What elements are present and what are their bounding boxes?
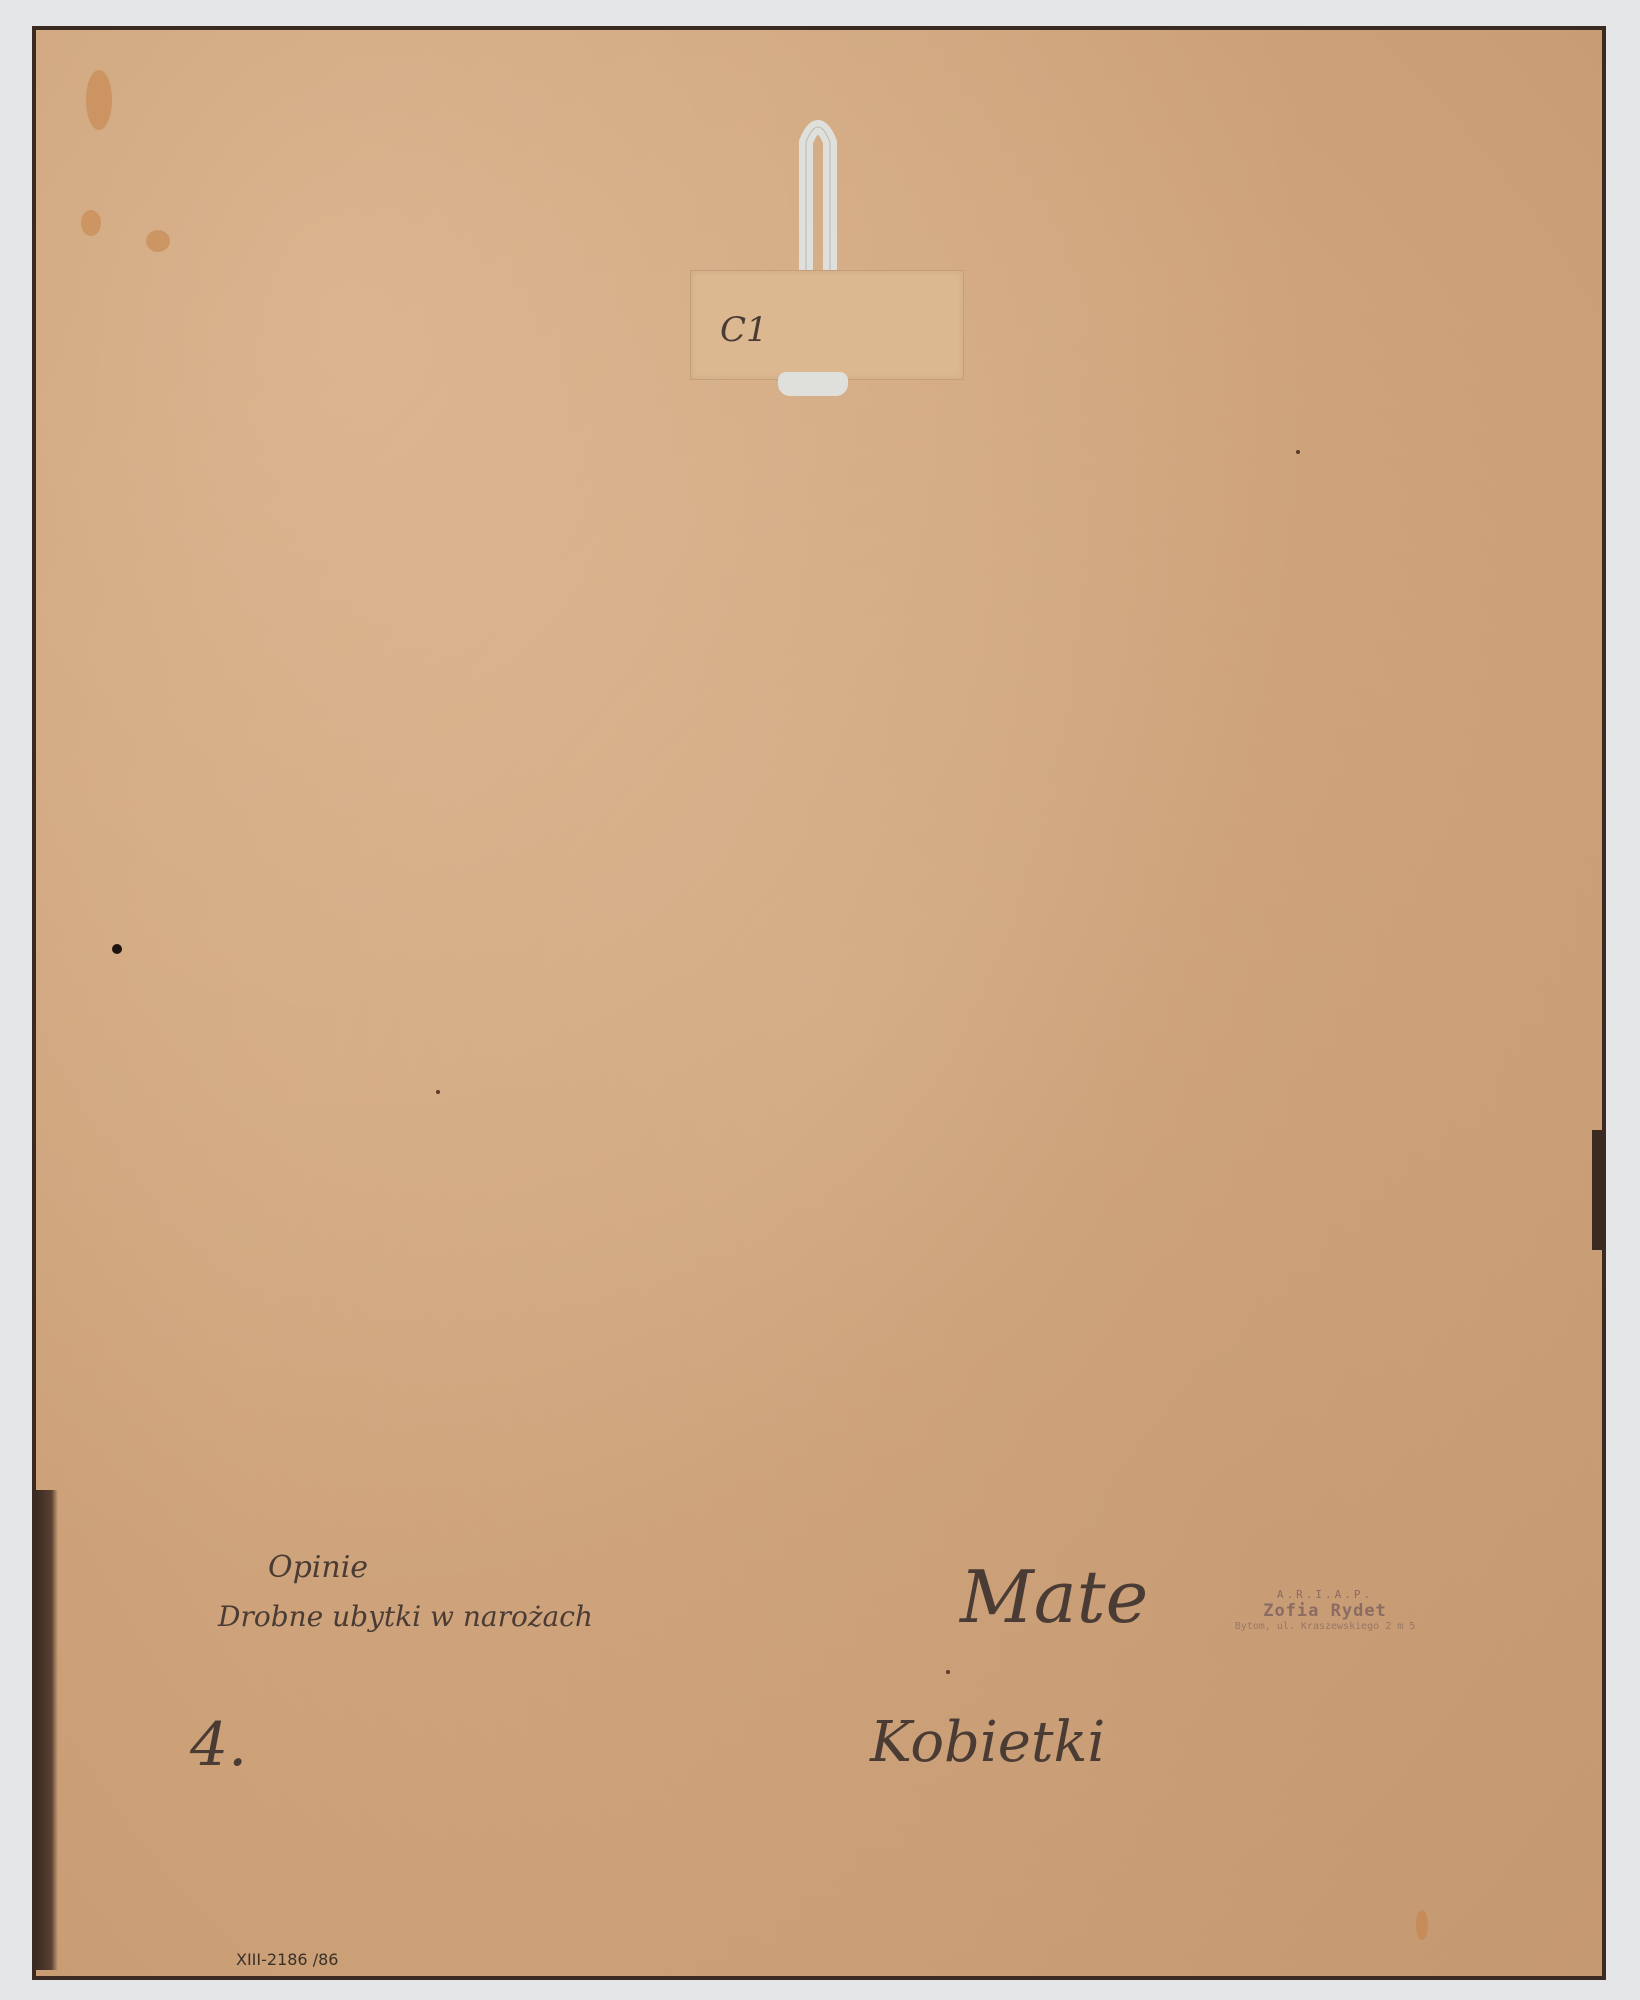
- ribbon-hanger-icon: [790, 112, 846, 282]
- condition-heading: Opinie: [268, 1550, 368, 1585]
- stain: [86, 70, 112, 130]
- title-mate: Mate: [960, 1555, 1148, 1639]
- nail-hole: [112, 944, 122, 954]
- accession-number: XIII-2186 /86: [236, 1950, 338, 1969]
- stain: [146, 230, 170, 252]
- edge-wear-left: [36, 1490, 58, 1970]
- title-kobietki: Kobietki: [870, 1710, 1105, 1775]
- speck: [436, 1090, 440, 1094]
- stamp-line-3: Bytom, ul. Kraszewskiego 2 m 5: [1210, 1621, 1440, 1632]
- stamp-line-2: Zofia Rydet: [1210, 1601, 1440, 1621]
- speck: [946, 1670, 950, 1674]
- condition-text: Drobne ubytki w narożach: [218, 1600, 593, 1633]
- edge-wear-right: [1592, 1130, 1602, 1250]
- speck: [1296, 450, 1300, 454]
- tape-label: C1: [720, 310, 768, 350]
- ribbon-end: [778, 372, 848, 396]
- stamp-line-1: A.R.I.A.P.: [1210, 1588, 1440, 1601]
- number-mark: 4.: [190, 1710, 247, 1780]
- stain: [1416, 1910, 1428, 1940]
- stain: [81, 210, 101, 236]
- artist-stamp: A.R.I.A.P. Zofia Rydet Bytom, ul. Krasze…: [1210, 1588, 1440, 1632]
